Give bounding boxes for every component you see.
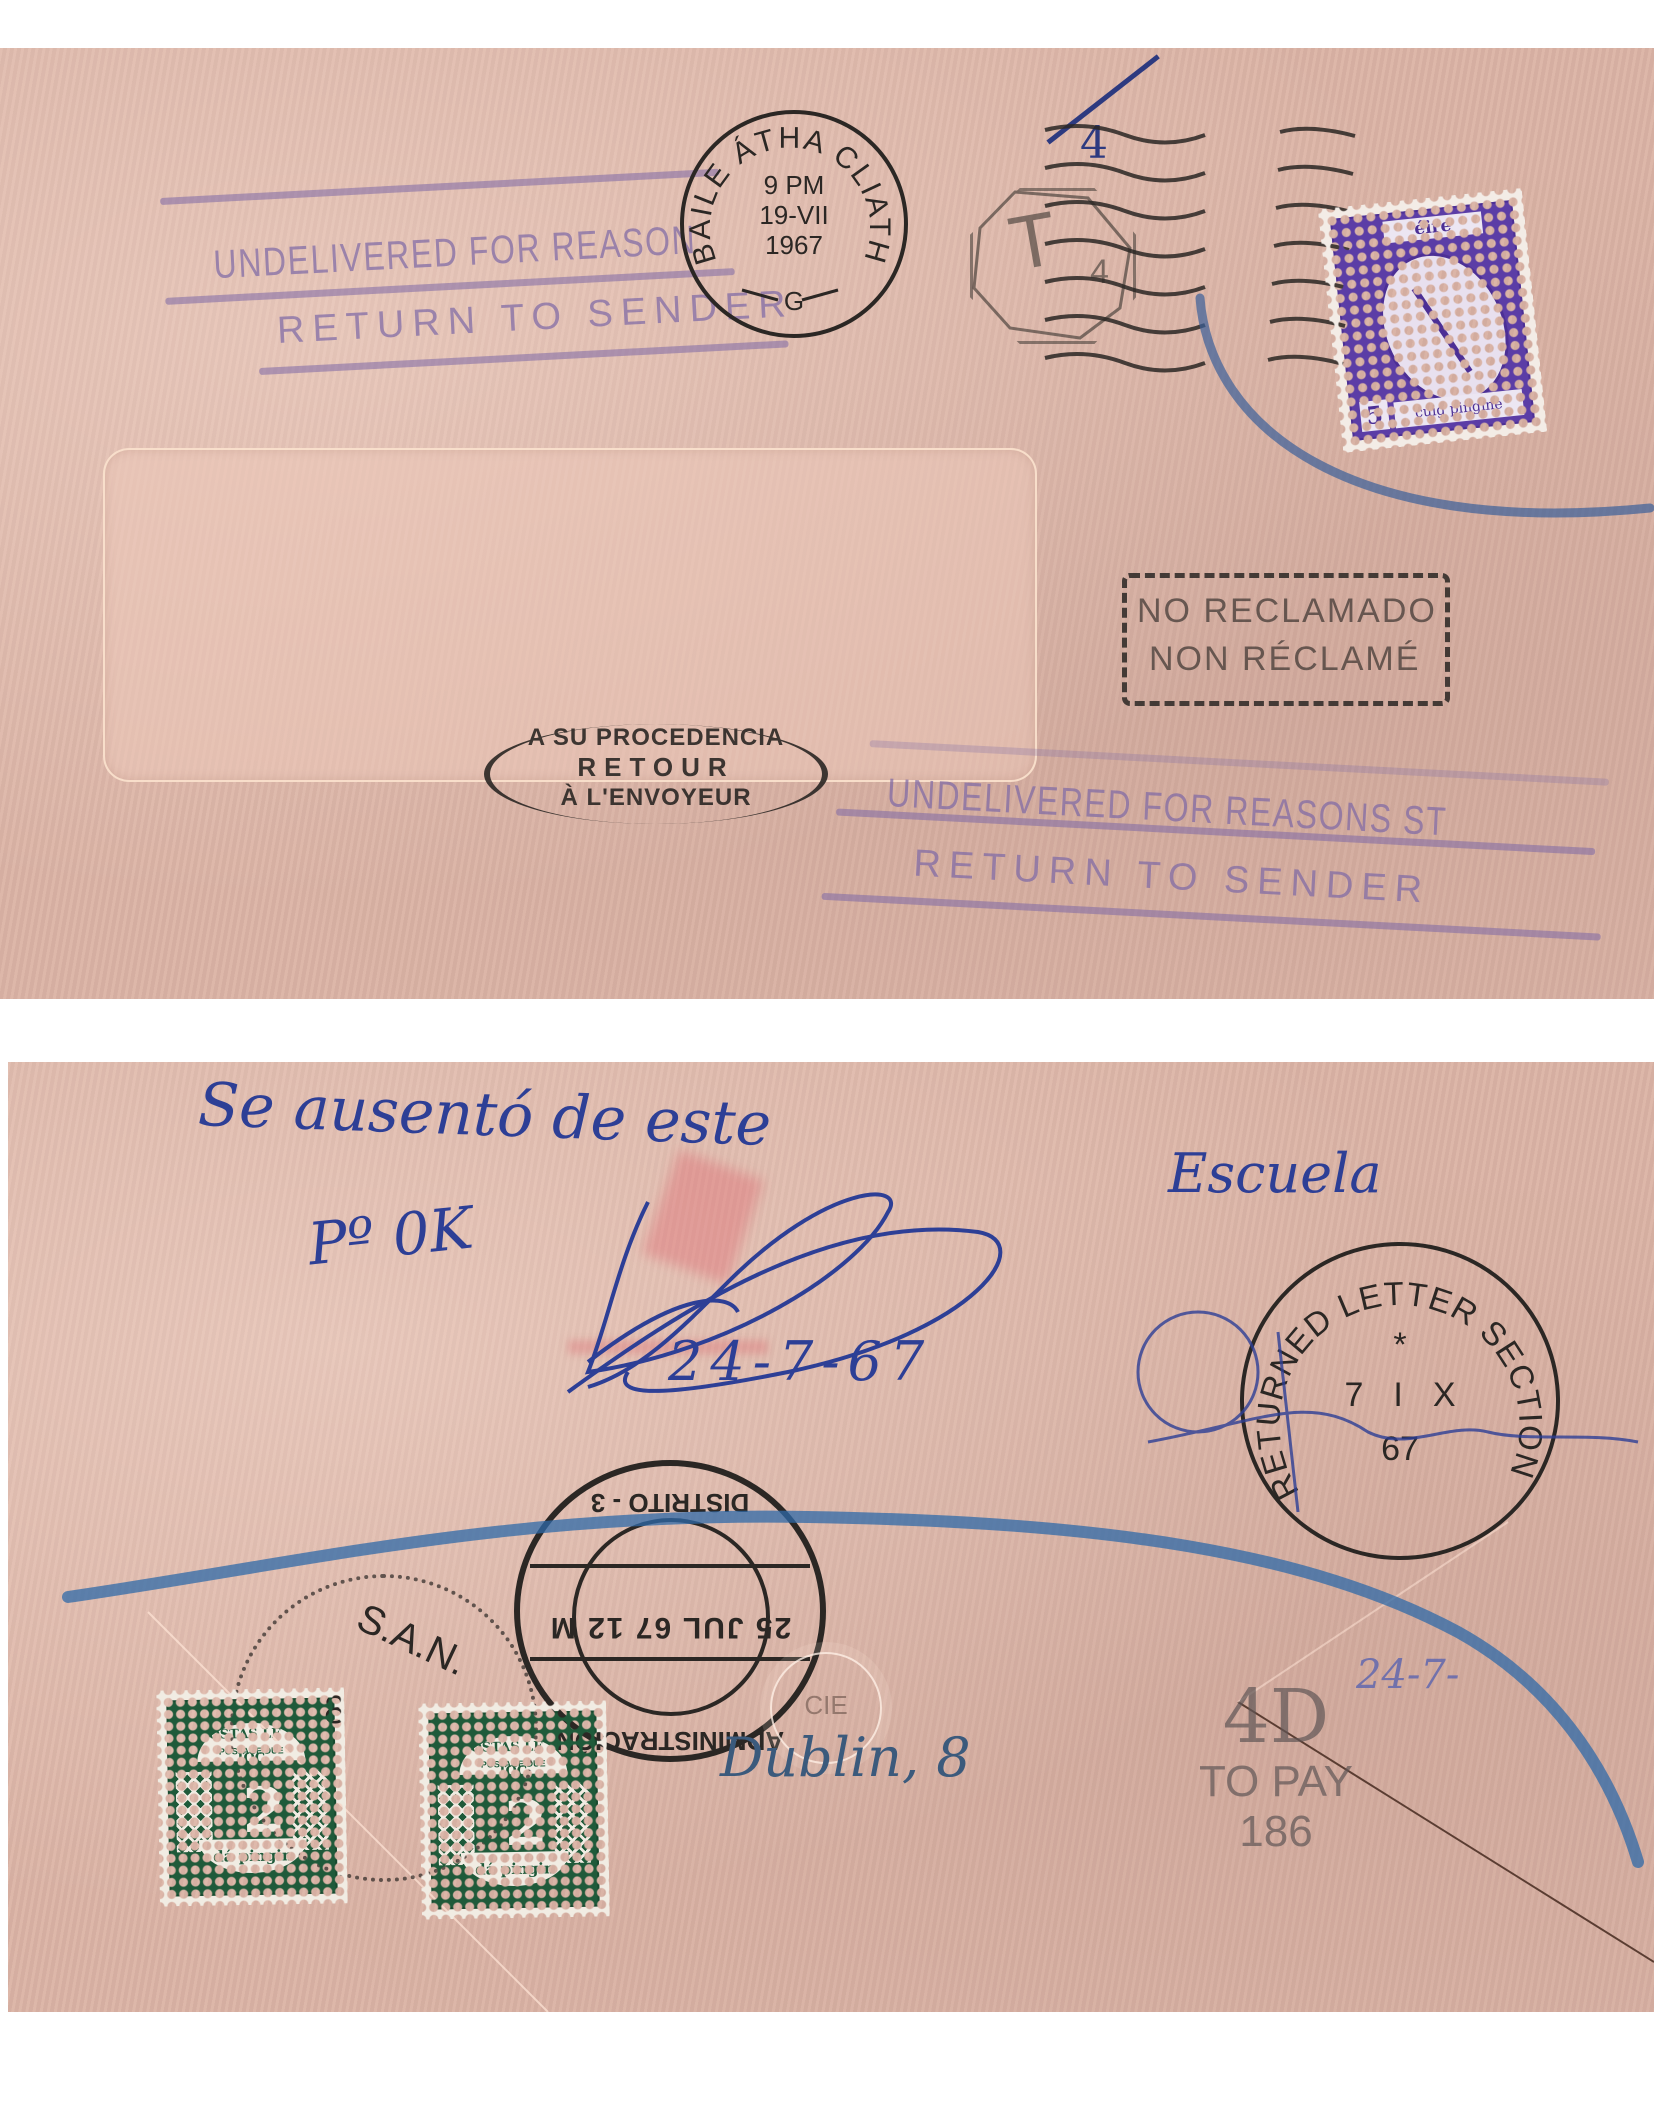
due-2-sub: POSTAGE DUE — [459, 1757, 567, 1771]
manuscript-date: 24-7-67 — [668, 1330, 932, 1393]
postmark-code: G — [684, 286, 904, 317]
to-pay-label: TO PAY — [1176, 1757, 1376, 1807]
postmark-time: 9 PM — [684, 170, 904, 200]
baile-atha-cliath-postmark: BAILE ÁTHA CLIATH 9 PM 19-VII 1967 G — [680, 110, 908, 338]
postage-due-stamp-1: POSTAS LE N-ÍOCPOSTAGE DUE 2 dá pingin — [156, 1687, 348, 1906]
to-pay-number: 186 — [1176, 1807, 1376, 1857]
postage-due-stamp-2: POSTAS LE N-ÍOCPOSTAGE DUE 2 dá pingin — [418, 1700, 610, 1919]
stamp-value-text: cúig pingine — [1393, 389, 1524, 428]
no-reclamado-line-1: NO RECLAMADO — [1137, 592, 1437, 631]
no-reclamado-box: NO RECLAMADO NON RÉCLAMÉ — [1122, 573, 1450, 706]
no-reclamado-line-2: NON RÉCLAMÉ — [1149, 640, 1420, 679]
handwritten-address: Dublin, 8 — [720, 1726, 971, 1789]
envelope-front: UNDELIVERED FOR REASON RETURN TO SENDER … — [0, 48, 1654, 999]
return-to-sender-strike-1: UNDELIVERED FOR REASON RETURN TO SENDER — [160, 167, 768, 368]
retour-oval-stamp: A SU PROCEDENCIA RETOUR À L'ENVOYEUR — [484, 724, 828, 824]
due-1-bottom: dá pingin — [199, 1838, 308, 1874]
manuscript-date-2: 24-7- — [1356, 1652, 1459, 1698]
retour-line-1: A SU PROCEDENCIA — [490, 724, 822, 752]
manuscript-line-2: Escuela — [1168, 1142, 1382, 1205]
to-pay-amount: 4D — [1176, 1677, 1376, 1757]
envelope-back: Se ausentó de este Escuela Pº 0K 24-7-67… — [8, 1062, 1654, 2012]
postmark-date: 19-VII — [684, 200, 904, 230]
postmark-year: 1967 — [684, 230, 904, 260]
retour-line-3: À L'ENVOYEUR — [490, 784, 822, 812]
signature-flourish — [528, 1172, 1048, 1432]
strike-2-line-1: UNDELIVERED FOR REASONS ST — [886, 771, 1448, 845]
retour-line-2: RETOUR — [490, 752, 822, 783]
partial-postmark-text: S.A.N. — [350, 1596, 474, 1686]
due-2-bottom: dá pingin — [461, 1851, 570, 1887]
stamp-value: 5 — [1359, 399, 1390, 432]
stamp-country: éire — [1382, 211, 1483, 243]
to-pay-handstamp: 4D TO PAY 186 — [1176, 1677, 1376, 1857]
return-to-sender-strike-2: UNDELIVERED FOR REASONS ST RETURN TO SEN… — [818, 738, 1648, 999]
due-1-sub: POSTAGE DUE — [197, 1744, 305, 1758]
eire-5p-stamp: éire 5 cúig pingine — [1318, 188, 1547, 453]
